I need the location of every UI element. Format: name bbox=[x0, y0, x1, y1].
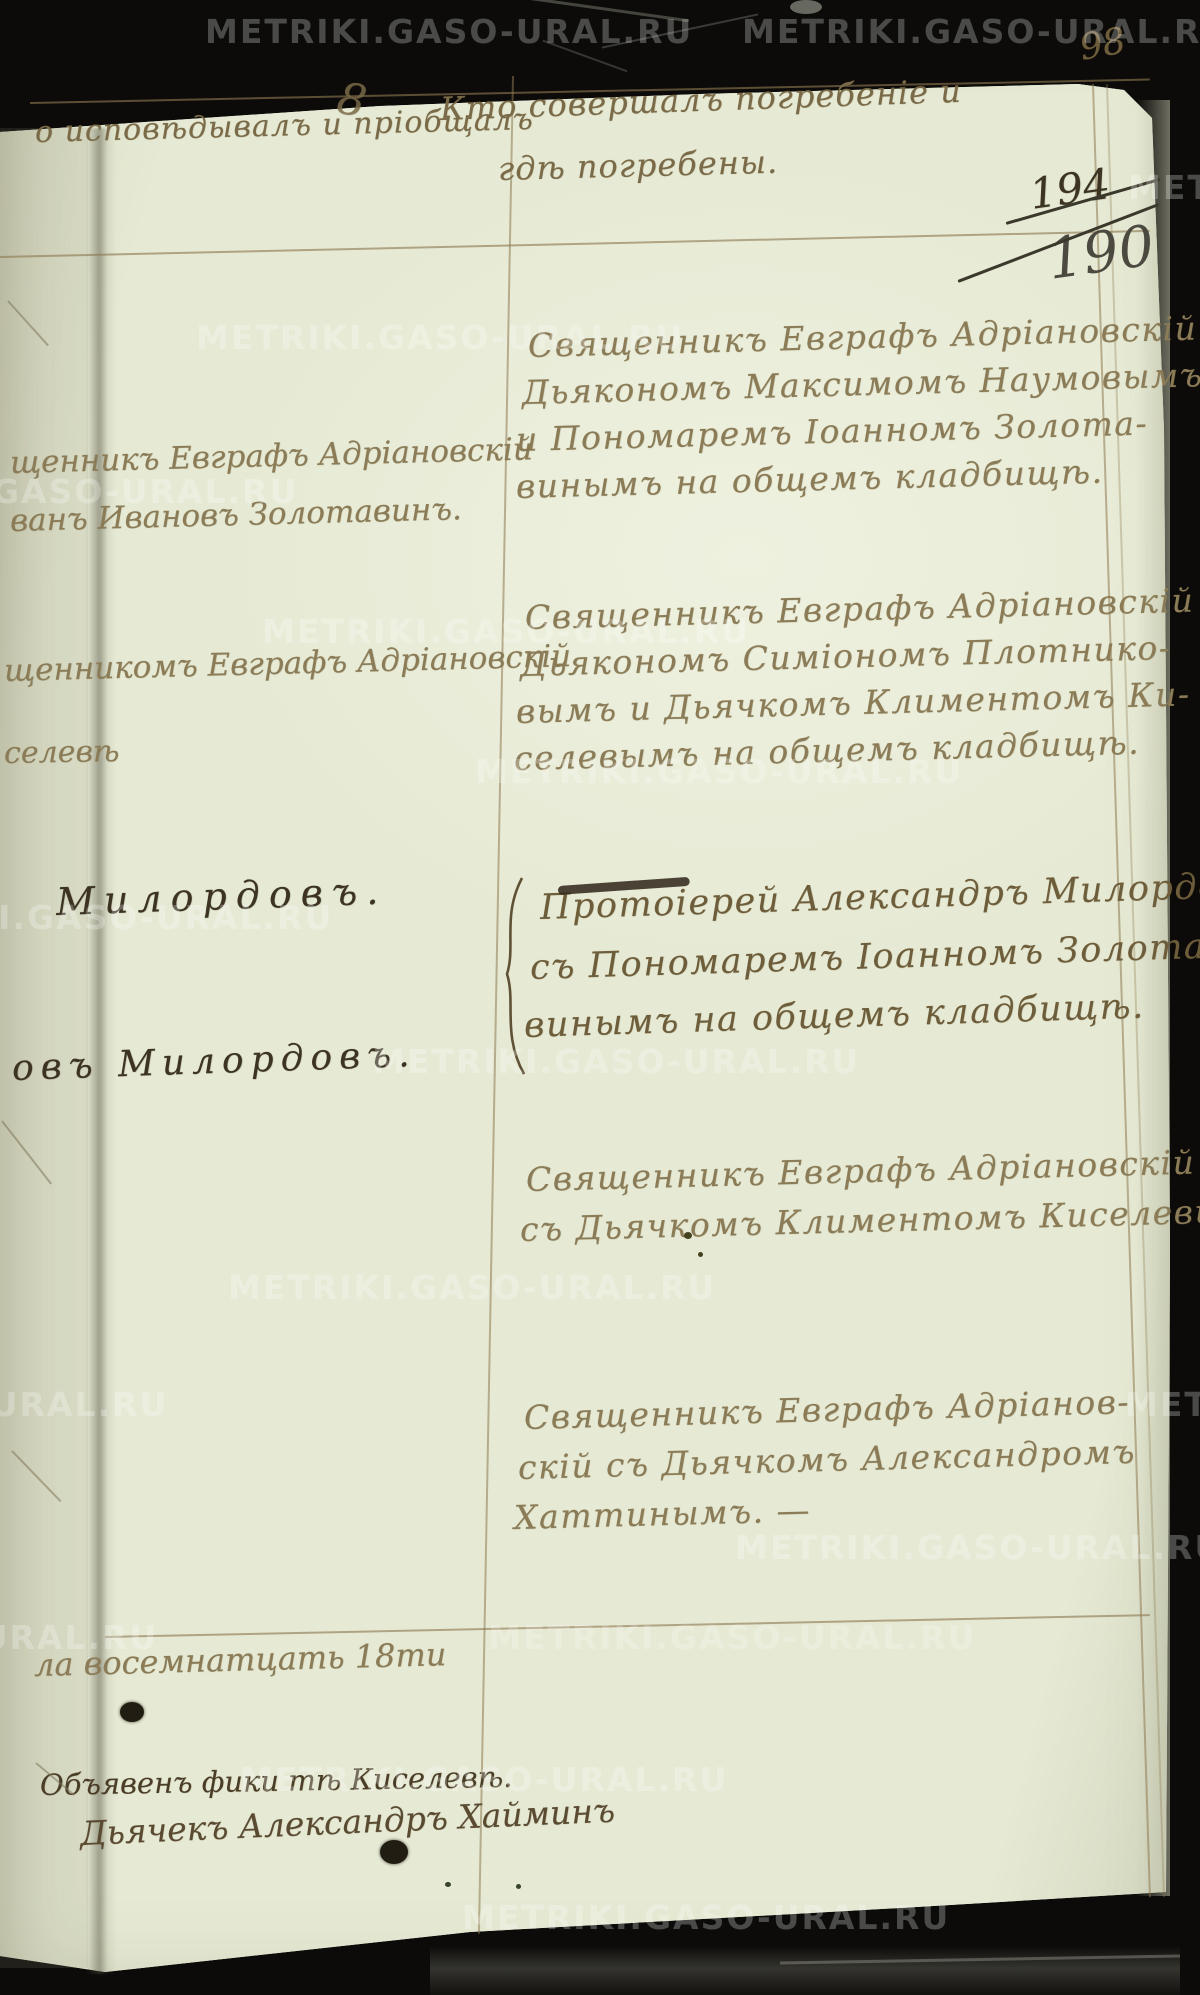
watermark-text: METRIKI.GASO-URAL.RU bbox=[240, 1760, 728, 1799]
bottom-reflection bbox=[430, 1946, 1180, 1995]
watermark-text: METRIKI.GASO-URAL.RU bbox=[262, 612, 750, 651]
watermark-text: METRIKI.GASO-URAL.RU bbox=[488, 1618, 976, 1657]
watermark-text: METRIKI.GASO-URAL.RU bbox=[1128, 168, 1200, 207]
plastic-glare bbox=[790, 0, 822, 14]
watermark-text: METRIKI.GASO-URAL.RU bbox=[0, 1385, 168, 1424]
watermark-text: METRIKI.GASO-URAL.RU bbox=[228, 1268, 716, 1307]
paper-speck bbox=[698, 1252, 703, 1257]
paper-hole bbox=[120, 1702, 144, 1722]
right-column-header-line2: гдѣ погребены. bbox=[498, 143, 779, 188]
archival-scan-photo: о исповѣдывалъ и пріобщалъ 8 Кто соверша… bbox=[0, 0, 1200, 1995]
watermark-text: METRIKI.GASO-URAL.RU bbox=[196, 318, 684, 357]
paper-speck bbox=[684, 1232, 692, 1239]
watermark-text: METRIKI.GASO-URAL.RU bbox=[475, 752, 963, 791]
paper-speck bbox=[516, 1884, 521, 1889]
paper-speck bbox=[445, 1882, 451, 1887]
watermark-text: METRIKI.GASO-URAL.RU bbox=[742, 12, 1200, 51]
watermark-text: METRIKI.GASO-URAL.RU bbox=[0, 1618, 158, 1657]
watermark-text: METRIKI.GASO-URAL.RU bbox=[0, 472, 298, 511]
watermark-text: METRIKI.GASO-URAL.RU bbox=[462, 1898, 950, 1937]
watermark-text: METRIKI.GASO-URAL.RU bbox=[0, 898, 333, 937]
watermark-text: METRIKI.GASO-URAL.RU bbox=[372, 1042, 860, 1081]
watermark-text: METRIKI.GASO-URAL.RU bbox=[1125, 1385, 1200, 1424]
watermark-text: METRIKI.GASO-URAL.RU bbox=[205, 12, 693, 51]
paper-hole bbox=[380, 1840, 408, 1864]
watermark-text: METRIKI.GASO-URAL.RU bbox=[735, 1528, 1200, 1567]
left-entry-line: селевѣ bbox=[4, 734, 120, 771]
